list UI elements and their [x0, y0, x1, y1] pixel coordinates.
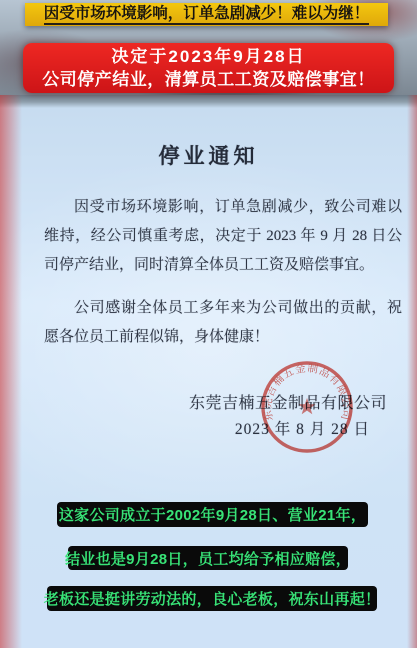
caption-line-1: 这家公司成立于2002年9月28日、营业21年，	[57, 502, 368, 527]
caption-line-3: 老板还是挺讲劳动法的，良心老板，祝东山再起！	[47, 586, 377, 611]
document-paragraph-1: 因受市场环境影响，订单急剧减少，致公司难以维持，经公司慎重考虑，决定于 2023…	[44, 193, 402, 280]
headline-yellow-text: 因受市场环境影响，订单急剧减少！难以为继！	[44, 4, 370, 25]
company-seal-stamp: 东莞吉楠五金制品有限公司	[257, 357, 357, 457]
headline-red-line-2: 公司停产结业，清算员工工资及赔偿事宜！	[42, 68, 375, 91]
document-title: 停业通知	[0, 140, 417, 170]
svg-text:东莞吉楠五金制品有限公司: 东莞吉楠五金制品有限公司	[261, 361, 353, 422]
seal-arc-text: 东莞吉楠五金制品有限公司	[261, 361, 353, 422]
caption-line-2: 结业也是9月28日，员工均给予相应赔偿，	[68, 546, 348, 570]
seal-star-icon	[298, 398, 315, 414]
headline-banner-yellow: 因受市场环境影响，订单急剧减少！难以为继！	[25, 3, 388, 26]
video-frame: 停业通知 因受市场环境影响，订单急剧减少，致公司难以维持，经公司慎重考虑，决定于…	[0, 0, 417, 648]
document-paragraph-2: 公司感谢全体员工多年来为公司做出的贡献，祝愿各位员工前程似锦，身体健康！	[44, 294, 402, 352]
document-body: 因受市场环境影响，订单急剧减少，致公司难以维持，经公司慎重考虑，决定于 2023…	[44, 193, 402, 366]
headline-red-line-1: 决定于2023年9月28日	[111, 45, 305, 68]
headline-banner-red: 决定于2023年9月28日 公司停产结业，清算员工工资及赔偿事宜！	[23, 43, 394, 93]
